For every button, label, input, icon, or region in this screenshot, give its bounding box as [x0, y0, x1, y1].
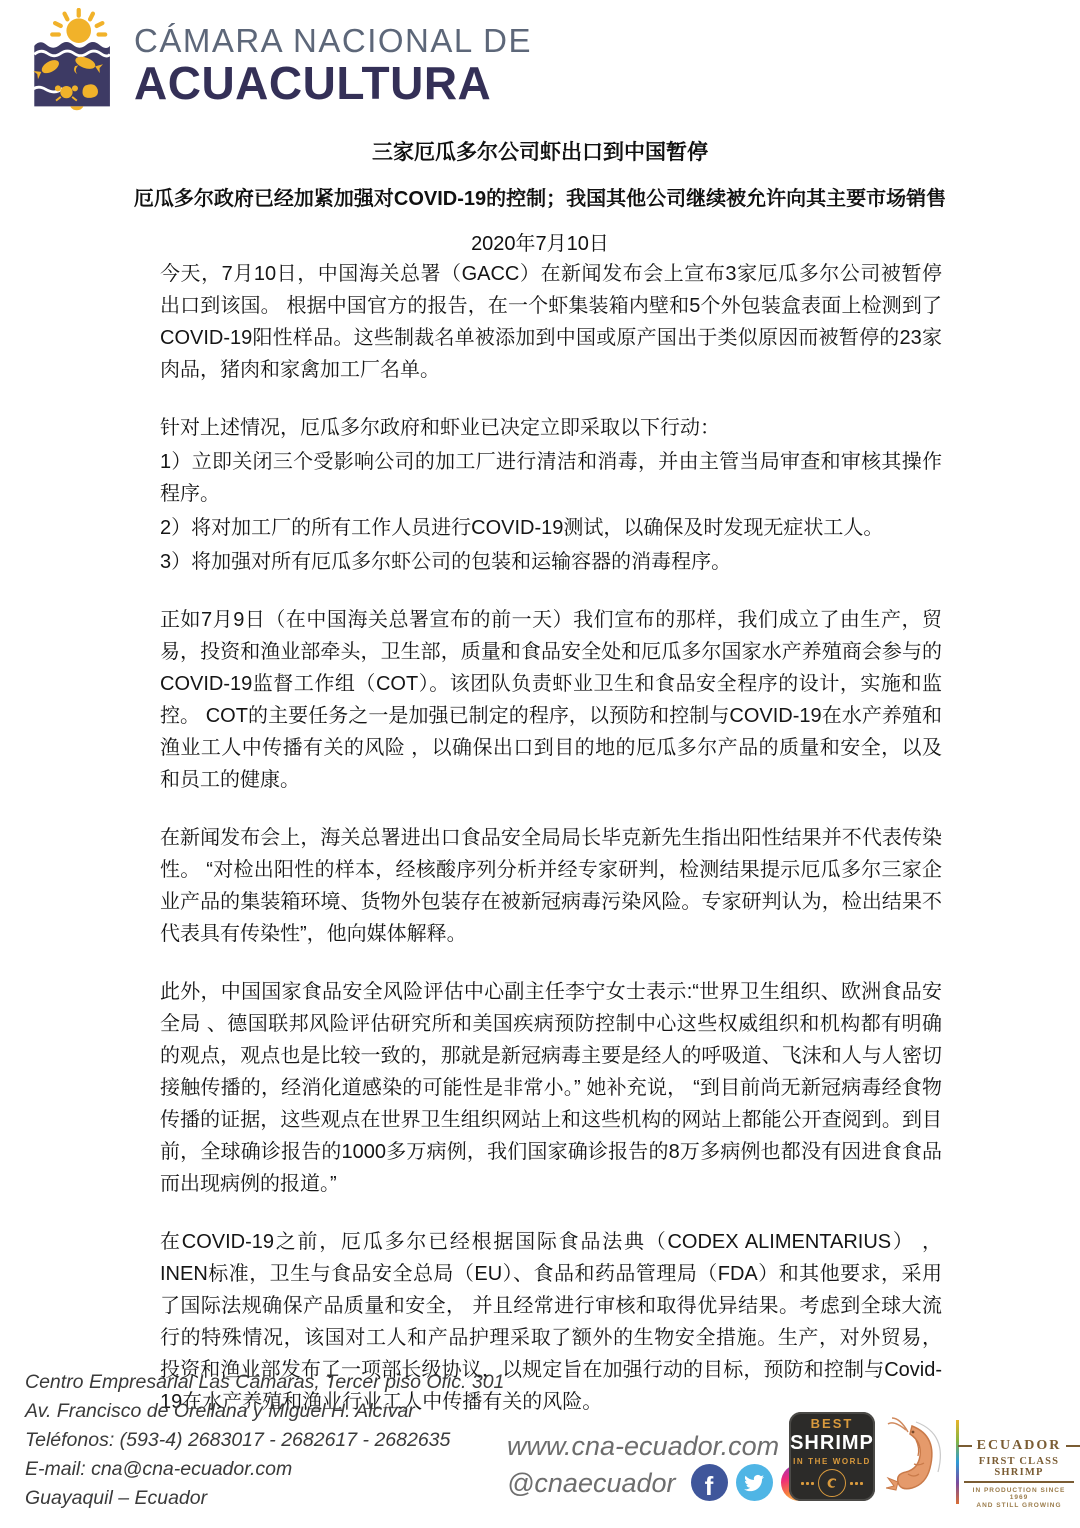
org-logo: CÁMARA NACIONAL DE ACUACULTURA: [26, 8, 532, 112]
paragraph-5: 此外，中国国家食品安全风险评估中心副主任李宁女士表示:“世界卫生组织、欧洲食品安…: [160, 976, 942, 1200]
paragraph-3: 正如7月9日（在中国海关总署宣布的前一天）我们宣布的那样，我们成立了由生产，贸易…: [160, 604, 942, 796]
ecuador-badge-line2: FIRST CLASS SHRIMP: [964, 1456, 1074, 1483]
paragraph-1: 今天，7月10日，中国海关总署（GACC）在新闻发布会上宣布3家厄瓜多尔公司被暂…: [160, 258, 942, 386]
email-line: E-mail: cna@cna-ecuador.com: [25, 1455, 504, 1484]
shrimp-icon: [818, 1469, 846, 1497]
title-block: 三家厄瓜多尔公司虾出口到中国暂停 厄瓜多尔政府已经加紧加强对COVID-19的控…: [0, 136, 1080, 256]
document-page: CÁMARA NACIONAL DE ACUACULTURA 三家厄瓜多尔公司虾…: [0, 0, 1080, 1528]
aquaculture-logo-icon: [26, 8, 122, 112]
action-item-3: 3）将加强对所有厄瓜多尔虾公司的包装和运输容器的消毒程序。: [160, 546, 942, 578]
action-item-2: 2）将对加工厂的所有工作人员进行COVID-19测试，以确保及时发现无症状工人。: [160, 512, 942, 544]
ecuador-badge-line4: AND STILL GROWING: [964, 1502, 1074, 1509]
badge-dots-left: [801, 1482, 814, 1485]
website-url: www.cna-ecuador.com: [507, 1428, 818, 1464]
paragraph-2: 针对上述情况，厄瓜多尔政府和虾业已决定立即采取以下行动： 1）立即关闭三个受影响…: [160, 412, 942, 578]
best-shrimp-line3: IN THE WORLD: [793, 1457, 871, 1466]
action-item-1: 1）立即关闭三个受影响公司的加工厂进行清洁和消毒，并由主管当局审查和审核其操作程…: [160, 446, 942, 510]
social-handle: @cnaecuador: [507, 1465, 676, 1501]
best-shrimp-badge: BEST SHRIMP IN THE WORLD: [789, 1412, 875, 1501]
ecuador-badge: ECUADOR FIRST CLASS SHRIMP IN PRODUCTION…: [964, 1438, 1074, 1509]
doc-body: 今天，7月10日，中国海关总署（GACC）在新闻发布会上宣布3家厄瓜多尔公司被暂…: [160, 258, 942, 1418]
shrimp-illustration: [886, 1416, 952, 1508]
city-line: Guayaquil – Ecuador: [25, 1484, 504, 1513]
ecuador-badge-line3: IN PRODUCTION SINCE 1969: [964, 1487, 1074, 1501]
doc-subtitle: 厄瓜多尔政府已经加紧加强对COVID-19的控制；我国其他公司继续被允许向其主要…: [0, 182, 1080, 211]
footer-web-block: www.cna-ecuador.com @cnaecuador f: [507, 1428, 818, 1501]
twitter-icon[interactable]: [736, 1464, 773, 1501]
footer-address: Centro Empresarial Las Cámaras, Tercer p…: [25, 1368, 504, 1513]
doc-title: 三家厄瓜多尔公司虾出口到中国暂停: [0, 136, 1080, 166]
paragraph-2-intro: 针对上述情况，厄瓜多尔政府和虾业已决定立即采取以下行动：: [160, 412, 942, 444]
address-line-1: Centro Empresarial Las Cámaras, Tercer p…: [25, 1368, 504, 1397]
best-shrimp-line1: BEST: [811, 1416, 854, 1431]
rainbow-divider: [956, 1420, 959, 1504]
address-line-2: Av. Francisco de Orellana y Miguel H. Al…: [25, 1397, 504, 1426]
phones-line: Teléfonos: (593-4) 2683017 - 2682617 - 2…: [25, 1426, 504, 1455]
badge-dots-right: [850, 1482, 863, 1485]
org-name-line2: ACUACULTURA: [134, 60, 532, 106]
doc-date: 2020年7月10日: [0, 227, 1080, 256]
ecuador-badge-line1: ECUADOR: [977, 1438, 1062, 1454]
facebook-icon[interactable]: f: [691, 1464, 728, 1501]
org-name-line1: CÁMARA NACIONAL DE: [134, 24, 532, 57]
best-shrimp-line2: SHRIMP: [790, 1432, 874, 1455]
paragraph-4: 在新闻发布会上，海关总署进出口食品安全局局长毕克新先生指出阳性结果并不代表传染性…: [160, 822, 942, 950]
